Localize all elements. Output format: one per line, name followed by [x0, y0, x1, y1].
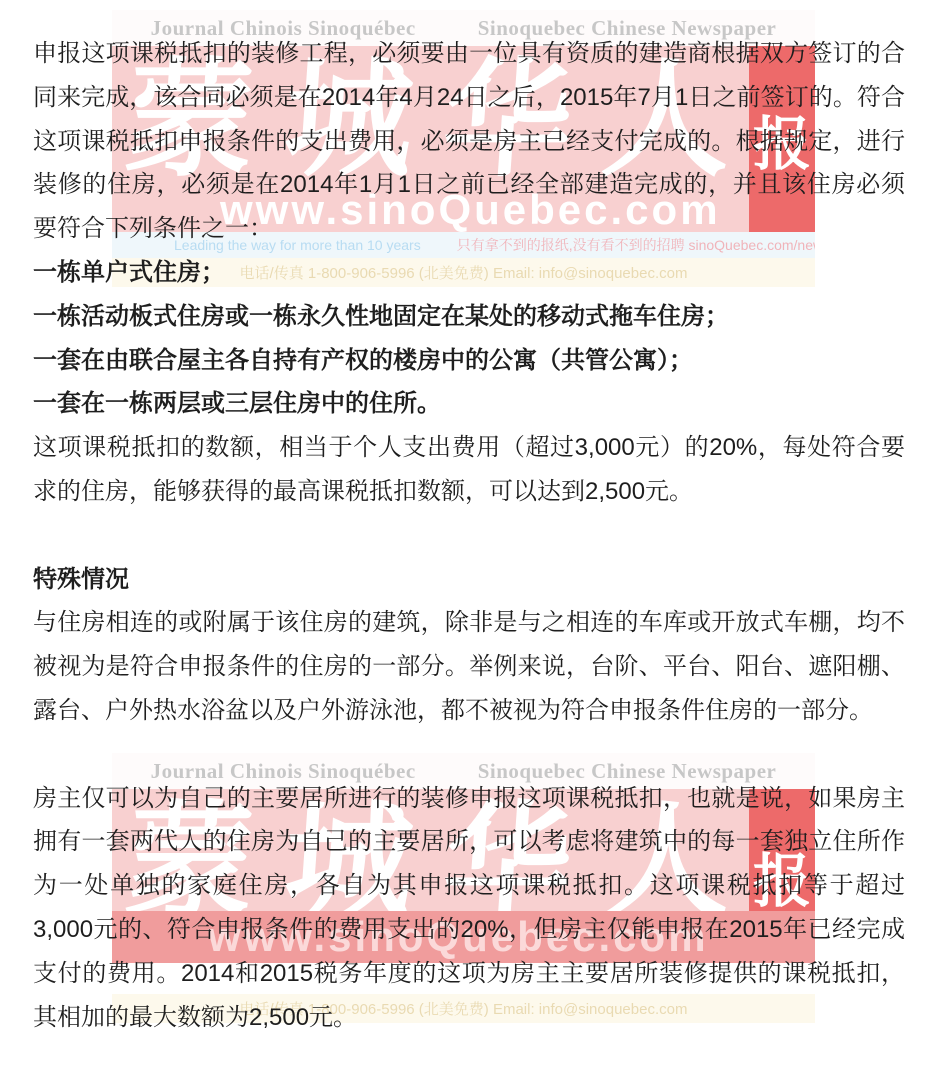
paragraph: 一栋单户式住房；	[33, 251, 905, 295]
section-heading: 特殊情况	[33, 558, 905, 602]
paragraph: 一栋活动板式住房或一栋永久性地固定在某处的移动式拖车住房；	[33, 295, 905, 339]
paragraph: 申报这项课税抵扣的装修工程，必须要由一位具有资质的建造商根据双方签订的合同来完成…	[33, 32, 905, 251]
paragraph: 一套在一栋两层或三层住房中的住所。	[33, 382, 905, 426]
article-body: 申报这项课税抵扣的装修工程，必须要由一位具有资质的建造商根据双方签订的合同来完成…	[33, 32, 905, 1039]
paragraph: 与住房相连的或附属于该住房的建筑，除非是与之相连的车库或开放式车棚，均不被视为是…	[33, 601, 905, 732]
paragraph: 这项课税抵扣的数额，相当于个人支出费用（超过3,000元）的20%，每处符合要求…	[33, 426, 905, 514]
paragraph: 一套在由联合屋主各自持有产权的楼房中的公寓（共管公寓）；	[33, 339, 905, 383]
paragraph: 房主仅可以为自己的主要居所进行的装修申报这项课税抵扣，也就是说，如果房主拥有一套…	[33, 777, 905, 1040]
newspaper-page: Journal Chinois Sinoquébec Sinoquebec Ch…	[0, 0, 937, 1077]
